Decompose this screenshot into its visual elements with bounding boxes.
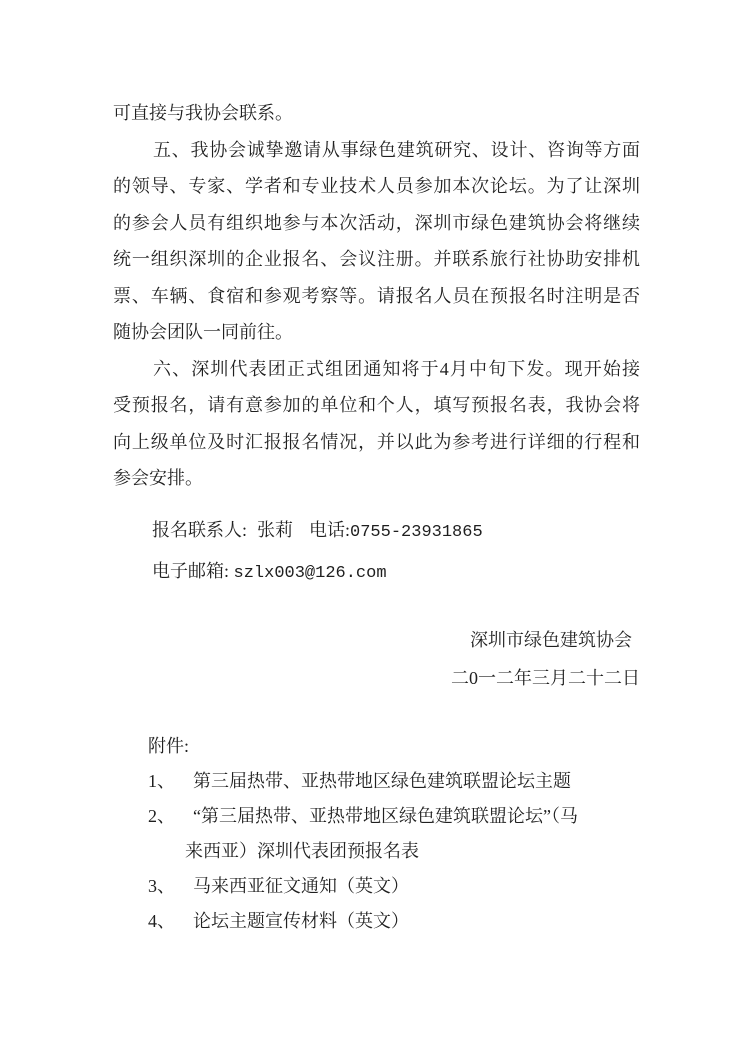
- attachment-number: 3、: [148, 869, 193, 904]
- body-line: 六、深圳代表团正式组团通知将于4月中旬下发。现开始接: [113, 351, 640, 388]
- document-page: 可直接与我协会联系。五、我协会诚挚邀请从事绿色建筑研究、设计、咨询等方面的领导、…: [0, 0, 750, 1061]
- contact-phone-number: 0755-23931865: [350, 523, 483, 542]
- contact-person-label: 报名联系人:: [152, 520, 247, 540]
- attachment-number: 4、: [148, 904, 193, 939]
- body-line: 的参会人员有组织地参与本次活动，深圳市绿色建筑协会将继续: [113, 205, 640, 242]
- attachment-text: 来西亚）深圳代表团预报名表: [185, 834, 419, 869]
- body-line: 可直接与我协会联系。: [113, 95, 640, 132]
- contact-email-label: 电子邮箱:: [152, 561, 229, 581]
- attachment-item: 4、论坛主题宣传材料（英文）: [148, 904, 578, 939]
- body-line: 向上级单位及时汇报报名情况，并以此为参考进行详细的行程和: [113, 424, 640, 461]
- attachment-text: 第三届热带、亚热带地区绿色建筑联盟论坛主题: [193, 764, 571, 799]
- contact-person-name: 张莉: [257, 520, 293, 540]
- body-line: 票、车辆、食宿和参观考察等。请报名人员在预报名时注明是否: [113, 278, 640, 315]
- attachment-text: 马来西亚征文通知（英文）: [193, 869, 409, 904]
- attachment-item: 2、“第三届热带、亚热带地区绿色建筑联盟论坛”（马: [148, 799, 578, 834]
- body-line: 统一组织深圳的企业报名、会议注册。并联系旅行社协助安排机: [113, 241, 640, 278]
- body-line: 受预报名，请有意参加的单位和个人，填写预报名表，我协会将: [113, 387, 640, 424]
- signature-organization: 深圳市绿色建筑协会: [451, 621, 632, 659]
- attachment-number: 1、: [148, 764, 193, 799]
- body-line: 随协会团队一同前往。: [113, 314, 640, 351]
- signature-block: 深圳市绿色建筑协会 二0一二年三月二十二日: [451, 621, 640, 697]
- contact-phone-label: 电话:: [309, 520, 350, 540]
- contact-email-line: 电子邮箱: szlx003@126.com: [152, 552, 483, 593]
- attachment-number: 2、: [148, 799, 193, 834]
- body-line: 的领导、专家、学者和专业技术人员参加本次论坛。为了让深圳: [113, 168, 640, 205]
- body-line: 参会安排。: [113, 460, 640, 497]
- attachment-item: 来西亚）深圳代表团预报名表: [148, 834, 578, 869]
- body-paragraphs: 可直接与我协会联系。五、我协会诚挚邀请从事绿色建筑研究、设计、咨询等方面的领导、…: [113, 95, 640, 497]
- contact-email-address: szlx003@126.com: [234, 564, 387, 583]
- attachment-text: “第三届热带、亚热带地区绿色建筑联盟论坛”（马: [193, 799, 578, 834]
- attachment-text: 论坛主题宣传材料（英文）: [193, 904, 409, 939]
- attachments-block: 附件: 1、第三届热带、亚热带地区绿色建筑联盟论坛主题2、“第三届热带、亚热带地…: [148, 729, 578, 939]
- body-line: 五、我协会诚挚邀请从事绿色建筑研究、设计、咨询等方面: [113, 132, 640, 169]
- contact-person-line: 报名联系人:张莉电话:0755-23931865: [152, 511, 483, 552]
- attachment-item: 3、马来西亚征文通知（英文）: [148, 869, 578, 904]
- attachments-label: 附件:: [148, 729, 578, 764]
- contact-block: 报名联系人:张莉电话:0755-23931865 电子邮箱: szlx003@1…: [152, 511, 483, 593]
- signature-date: 二0一二年三月二十二日: [451, 659, 640, 697]
- attachment-item: 1、第三届热带、亚热带地区绿色建筑联盟论坛主题: [148, 764, 578, 799]
- attachments-list: 1、第三届热带、亚热带地区绿色建筑联盟论坛主题2、“第三届热带、亚热带地区绿色建…: [148, 764, 578, 939]
